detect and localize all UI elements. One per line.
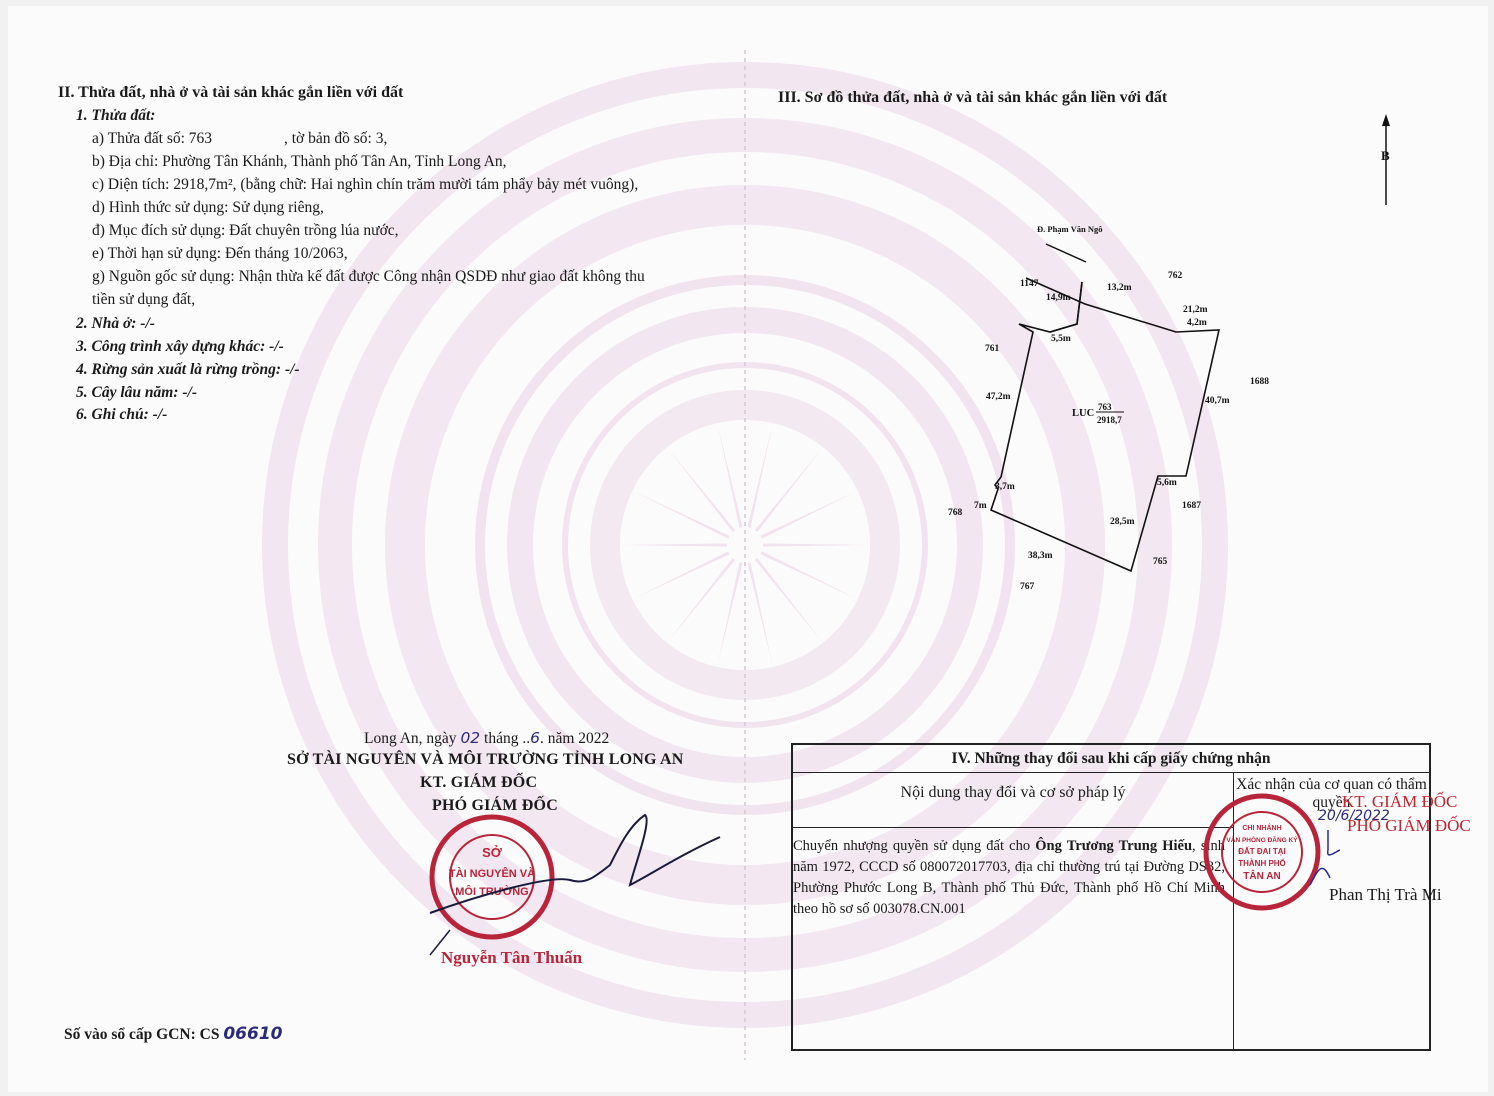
change-entry: Chuyển nhượng quyền sử dụng đất cho Ông …: [793, 836, 1225, 920]
svg-text:ĐẤT ĐAI TẠI: ĐẤT ĐAI TẠI: [1238, 846, 1286, 856]
usage-form: d) Hình thức sử dụng: Sử dụng riêng,: [92, 199, 324, 217]
confirm-signer-name: Phan Thị Trà Mi: [1329, 885, 1442, 905]
svg-text:1147: 1147: [1020, 279, 1039, 289]
svg-text:TÂN AN: TÂN AN: [1243, 869, 1280, 882]
usage-origin: g) Nguồn gốc sử dụng: Nhận thừa kế đất đ…: [92, 268, 645, 286]
issuing-org: SỞ TÀI NGUYÊN VÀ MÔI TRƯỜNG TỈNH LONG AN: [287, 751, 684, 769]
svg-text:767: 767: [1020, 582, 1035, 592]
section2-title: II. Thửa đất, nhà ở và tài sản khác gắn …: [58, 84, 403, 102]
item-perennial: 5. Cây lâu năm: -/-: [76, 384, 197, 402]
svg-text:762: 762: [1168, 271, 1183, 281]
svg-text:13,2m: 13,2m: [1107, 283, 1132, 293]
svg-text:5,6m: 5,6m: [1157, 478, 1177, 488]
address: b) Địa chỉ: Phường Tân Khánh, Thành phố …: [92, 153, 507, 171]
svg-text:38,3m: 38,3m: [1028, 551, 1053, 561]
svg-text:2918,7: 2918,7: [1097, 415, 1122, 425]
signer-name-left: Nguyễn Tân Thuấn: [441, 948, 582, 968]
usage-purpose: đ) Mục đích sử dụng: Đất chuyên trồng lú…: [92, 222, 399, 240]
section4-title: IV. Những thay đổi sau khi cấp giấy chứn…: [793, 745, 1429, 773]
svg-text:TÀI NGUYÊN VÀ: TÀI NGUYÊN VÀ: [449, 867, 535, 880]
svg-text:761: 761: [985, 344, 1000, 354]
item-forest: 4. Rừng sản xuất là rừng trồng: -/-: [76, 361, 300, 379]
item-notes: 6. Ghi chú: -/-: [76, 406, 167, 424]
svg-text:THÀNH PHỐ: THÀNH PHỐ: [1238, 858, 1286, 868]
svg-text:7m: 7m: [974, 501, 987, 511]
item-house: 2. Nhà ở: -/-: [76, 315, 155, 333]
svg-text:4,2m: 4,2m: [1187, 318, 1207, 328]
svg-text:VĂN PHÒNG ĐĂNG KÝ: VĂN PHÒNG ĐĂNG KÝ: [1226, 835, 1298, 844]
north-arrow-label: B: [1381, 148, 1390, 163]
col-change-content-header: Nội dung thay đổi và cơ sở pháp lý: [793, 772, 1233, 828]
issue-date: Long An, ngày 02 tháng ..6. năm 2022: [364, 729, 609, 748]
svg-text:768: 768: [948, 508, 963, 518]
confirm-role-2: PHÓ GIÁM ĐỐC: [1347, 816, 1471, 836]
official-stamp-left: SỞ TÀI NGUYÊN VÀ MÔI TRƯỜNG: [420, 805, 730, 965]
svg-text:3,7m: 3,7m: [995, 482, 1015, 492]
map-sheet: , tờ bản đồ số: 3,: [284, 130, 387, 148]
parcel-diagram: B Đ. Phạm Văn Ngô 1147 762 761 1688 768 …: [940, 110, 1460, 600]
signer-role-1: KT. GIÁM ĐỐC: [420, 774, 537, 792]
svg-text:SỞ: SỞ: [482, 845, 503, 860]
section3-title: III. Sơ đồ thửa đất, nhà ở và tài sản kh…: [778, 89, 1167, 107]
svg-text:28,5m: 28,5m: [1110, 517, 1135, 527]
section2-sub1-title: 1. Thửa đất:: [76, 107, 155, 125]
fold-line: [744, 50, 746, 1060]
area: c) Diện tích: 2918,7m², (bằng chữ: Hai n…: [92, 176, 638, 194]
svg-text:40,7m: 40,7m: [1205, 396, 1230, 406]
svg-text:Đ. Phạm Văn Ngô: Đ. Phạm Văn Ngô: [1037, 224, 1103, 234]
svg-text:LUC: LUC: [1072, 408, 1094, 419]
svg-text:1687: 1687: [1182, 501, 1201, 511]
svg-text:1688: 1688: [1250, 377, 1269, 387]
parcel-number: a) Thửa đất số: 763: [92, 130, 212, 148]
svg-text:14,9m: 14,9m: [1046, 293, 1071, 303]
item-other-construction: 3. Công trình xây dựng khác: -/-: [76, 338, 284, 356]
svg-text:21,2m: 21,2m: [1183, 305, 1208, 315]
svg-text:763: 763: [1098, 402, 1112, 412]
svg-text:47,2m: 47,2m: [986, 392, 1011, 402]
svg-text:CHI NHÁNH: CHI NHÁNH: [1242, 823, 1281, 832]
svg-text:5,5m: 5,5m: [1051, 334, 1071, 344]
registry-number: Số vào sổ cấp GCN: CS 06610: [64, 1024, 282, 1044]
svg-text:765: 765: [1153, 557, 1168, 567]
usage-term: e) Thời hạn sử dụng: Đến tháng 10/2063,: [92, 245, 348, 263]
usage-origin-cont: tiền sử dụng đất,: [92, 291, 195, 309]
